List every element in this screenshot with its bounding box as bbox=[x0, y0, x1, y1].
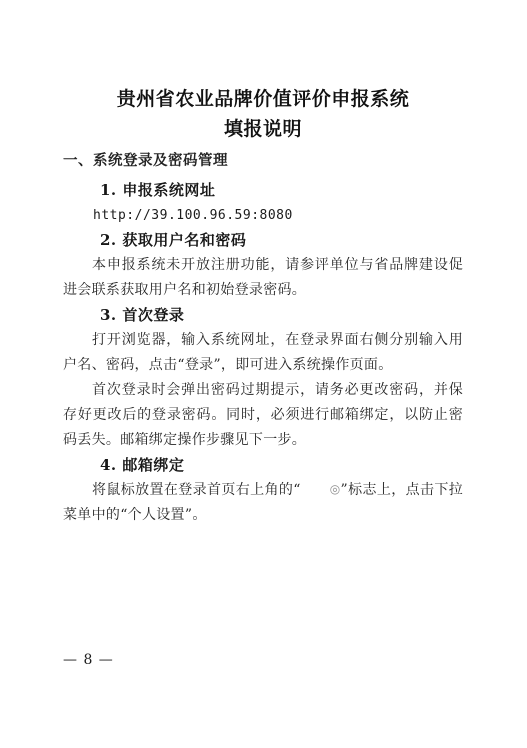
item-3-paragraph-2: 首次登录时会弹出密码过期提示，请务必更改密码，并保存好更改后的登录密码。同时，必… bbox=[63, 378, 463, 453]
gear-icon: ◎ bbox=[301, 477, 341, 502]
item-4-heading: 4. 邮箱绑定 bbox=[63, 453, 463, 478]
doc-title: 贵州省农业品牌价值评价申报系统 填报说明 bbox=[63, 84, 463, 144]
document-content: 贵州省农业品牌价值评价申报系统 填报说明 一、系统登录及密码管理 1. 申报系统… bbox=[63, 0, 463, 528]
doc-title-line-2: 填报说明 bbox=[63, 114, 463, 144]
item-4-paragraph-before-icon: 将鼠标放置在登录首页右上角的“ bbox=[92, 482, 301, 498]
doc-title-line-1: 贵州省农业品牌价值评价申报系统 bbox=[63, 84, 463, 114]
item-3-heading: 3. 首次登录 bbox=[63, 303, 463, 328]
document-page: 贵州省农业品牌价值评价申报系统 填报说明 一、系统登录及密码管理 1. 申报系统… bbox=[0, 0, 527, 748]
system-url: http://39.100.96.59:8080 bbox=[63, 203, 463, 228]
item-3-paragraph-1: 打开浏览器，输入系统网址，在登录界面右侧分别输入用户名、密码，点击“登录”，即可… bbox=[63, 328, 463, 378]
item-4-paragraph: 将鼠标放置在登录首页右上角的“◎”标志上，点击下拉菜单中的“个人设置”。 bbox=[63, 478, 463, 528]
item-2-paragraph: 本申报系统未开放注册功能，请参评单位与省品牌建设促进会联系获取用户名和初始登录密… bbox=[63, 253, 463, 303]
item-1-heading: 1. 申报系统网址 bbox=[63, 178, 463, 203]
item-2-heading: 2. 获取用户名和密码 bbox=[63, 228, 463, 253]
page-number: — 8 — bbox=[63, 652, 114, 668]
section-1-heading: 一、系统登录及密码管理 bbox=[63, 149, 463, 174]
